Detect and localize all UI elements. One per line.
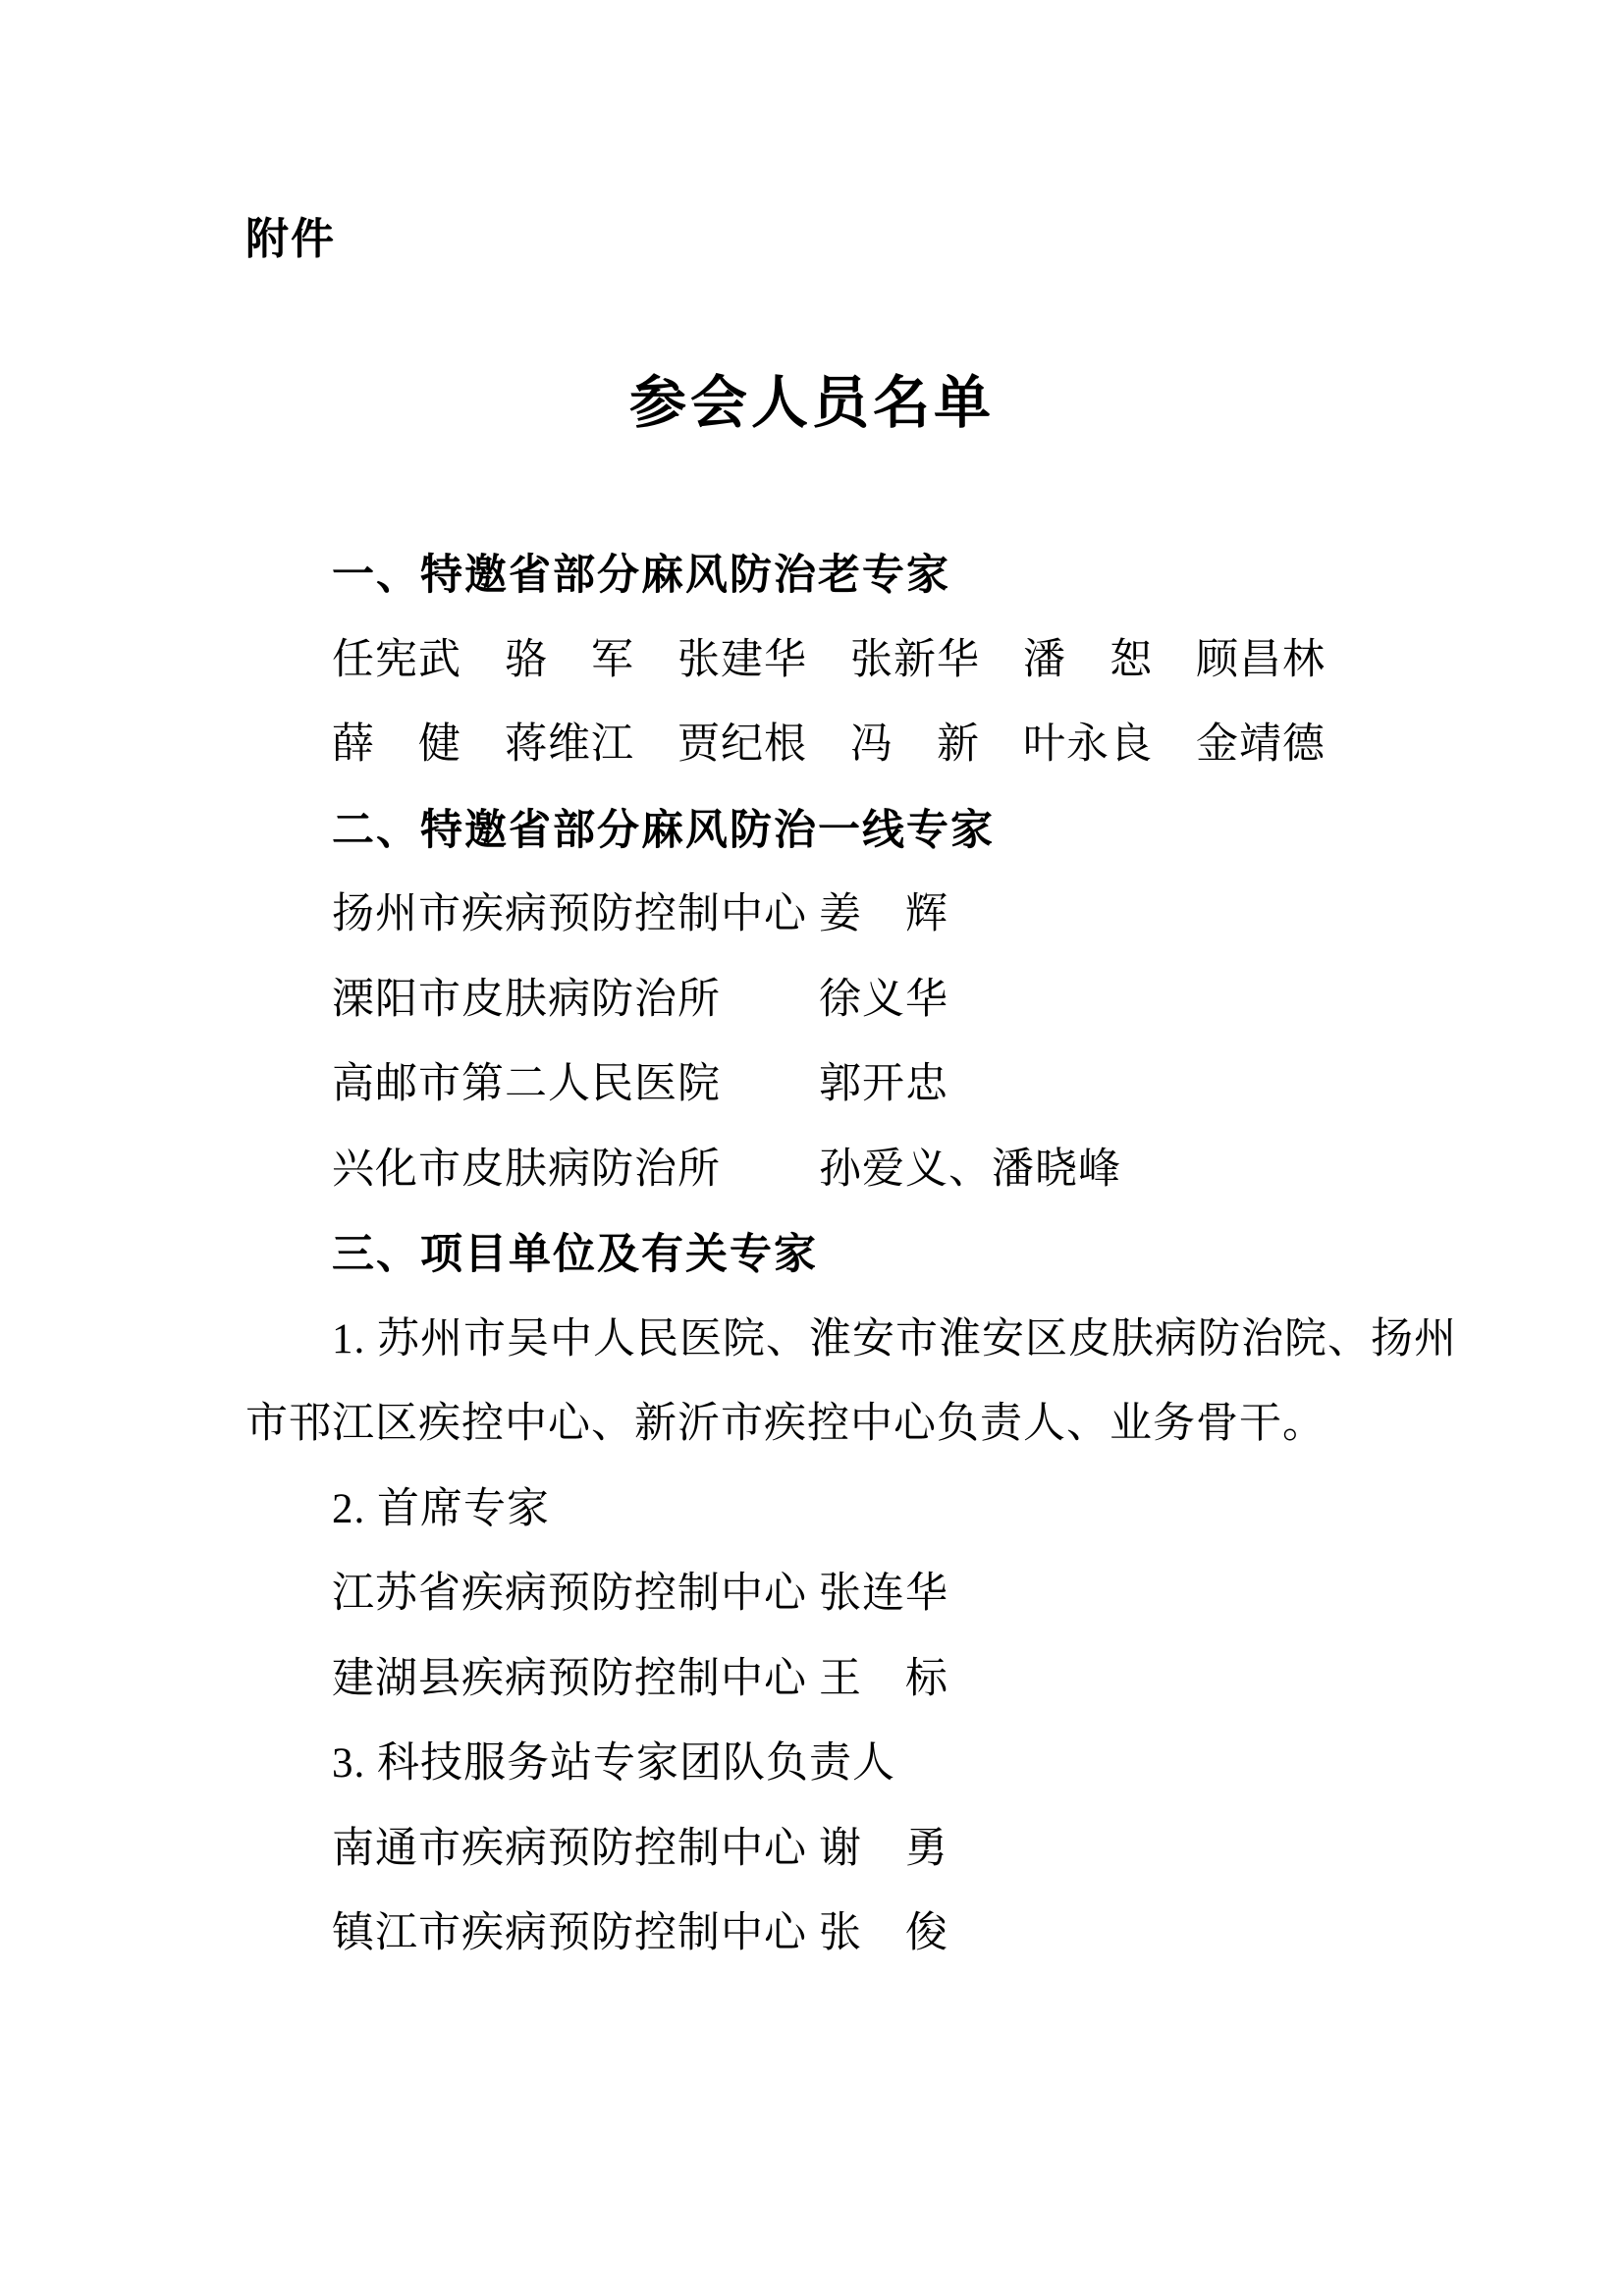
page-title: 参会人员名单 — [245, 375, 1379, 432]
organization-name: 高邮市第二人民医院 — [332, 1042, 819, 1128]
participant-row: 兴化市皮肤病防治所孙爱义、潘晓峰 — [245, 1128, 1379, 1213]
participant-row: 高邮市第二人民医院郭开忠 — [245, 1042, 1379, 1128]
person-name: 张连华 — [819, 1571, 948, 1617]
participant-row: 江苏省疾病预防控制中心张连华 — [245, 1552, 1379, 1637]
participant-row: 扬州市疾病预防控制中心姜 辉 — [245, 873, 1379, 958]
expert-names-row: 任宪武 骆 军 张建华 张新华 潘 恕 顾昌林 — [245, 618, 1379, 704]
numbered-item-1-line-2: 市邗江区疾控中心、新沂市疾控中心负责人、业务骨干。 — [245, 1382, 1379, 1468]
section-3-heading: 三、项目单位及有关专家 — [245, 1212, 1379, 1298]
document-page: 附件 参会人员名单 一、特邀省部分麻风防治老专家 任宪武 骆 军 张建华 张新华… — [0, 0, 1624, 2296]
organization-name: 镇江市疾病预防控制中心 — [332, 1892, 819, 1977]
organization-name: 扬州市疾病预防控制中心 — [332, 873, 819, 958]
section-1-heading: 一、特邀省部分麻风防治老专家 — [245, 533, 1379, 618]
participant-row: 镇江市疾病预防控制中心张 俊 — [245, 1892, 1379, 1977]
numbered-item-2: 2. 首席专家 — [245, 1468, 1379, 1553]
organization-name: 南通市疾病预防控制中心 — [332, 1807, 819, 1893]
numbered-item-1-line-1: 1. 苏州市吴中人民医院、淮安市淮安区皮肤病防治院、扬州 — [245, 1298, 1379, 1383]
participant-row: 南通市疾病预防控制中心谢 勇 — [245, 1807, 1379, 1893]
person-name: 谢 勇 — [819, 1826, 948, 1872]
participant-row: 溧阳市皮肤病防治所徐义华 — [245, 958, 1379, 1043]
person-name: 王 标 — [819, 1656, 948, 1702]
section-2-heading: 二、特邀省部分麻风防治一线专家 — [245, 788, 1379, 874]
organization-name: 溧阳市皮肤病防治所 — [332, 958, 819, 1043]
person-name: 郭开忠 — [819, 1061, 948, 1107]
numbered-item-3: 3. 科技服务站专家团队负责人 — [245, 1722, 1379, 1807]
participant-row: 建湖县疾病预防控制中心王 标 — [245, 1637, 1379, 1723]
person-name: 姜 辉 — [819, 891, 948, 937]
expert-names-row: 薛 健 蒋维江 贾纪根 冯 新 叶永良 金靖德 — [245, 703, 1379, 788]
person-name: 张 俊 — [819, 1910, 948, 1956]
organization-name: 兴化市皮肤病防治所 — [332, 1128, 819, 1213]
person-name: 徐义华 — [819, 977, 948, 1023]
document-body: 一、特邀省部分麻风防治老专家 任宪武 骆 军 张建华 张新华 潘 恕 顾昌林 薛… — [245, 533, 1379, 1977]
organization-name: 江苏省疾病预防控制中心 — [332, 1552, 819, 1637]
person-name: 孙爱义、潘晓峰 — [819, 1147, 1121, 1193]
attachment-label: 附件 — [245, 218, 1624, 261]
organization-name: 建湖县疾病预防控制中心 — [332, 1637, 819, 1723]
